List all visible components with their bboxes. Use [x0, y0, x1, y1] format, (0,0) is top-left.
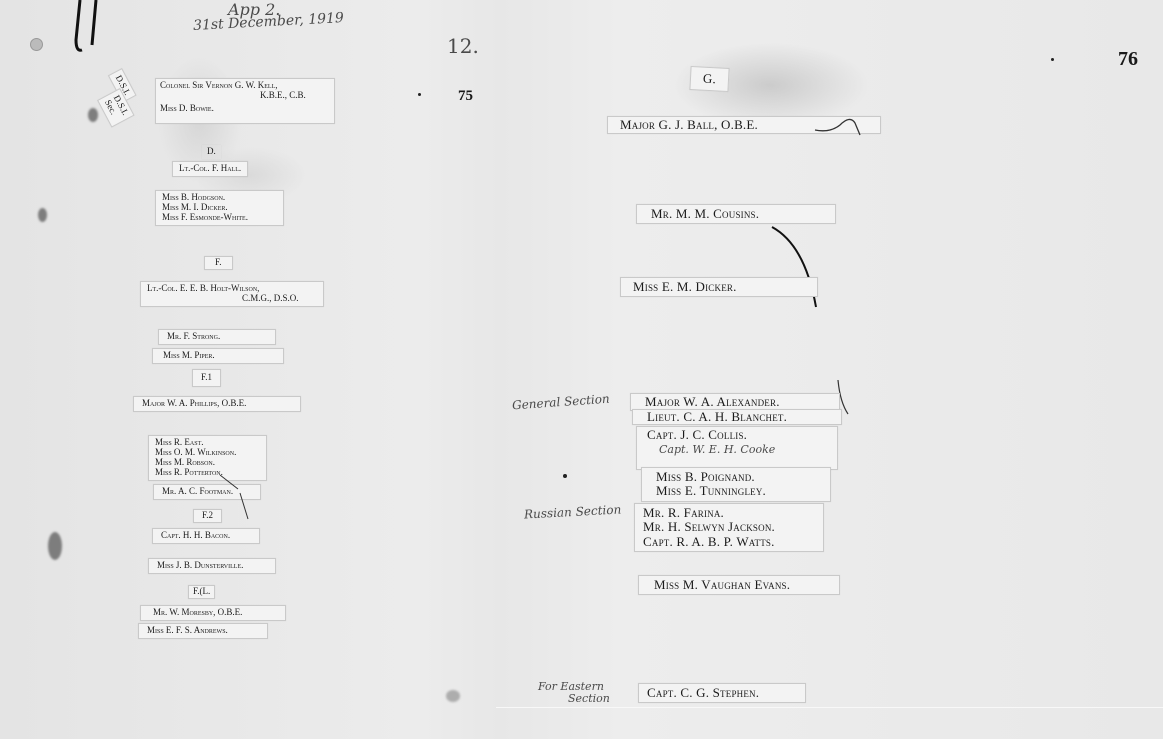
entry-dunsterville: Miss J. B. Dunsterville.	[148, 558, 276, 574]
handwritten-date: 31st December, 1919	[193, 10, 345, 34]
entry-stephen: Capt. C. G. Stephen.	[638, 683, 806, 703]
entry-poignand-group: Miss B. Poignand. Miss E. Tunningley.	[641, 467, 831, 502]
ink-blot	[38, 208, 47, 222]
dot	[563, 474, 567, 478]
paper-edge-line	[496, 707, 1163, 708]
entry-farina-group: Mr. R. Farina. Mr. H. Selwyn Jackson. Ca…	[634, 503, 824, 552]
scanned-document-page: App 2. 31st December, 1919 12. 75 D.S.I.…	[0, 0, 1163, 739]
section-label-fl: F.(L.	[188, 585, 215, 599]
ink-squiggle	[815, 115, 865, 135]
entry-e-dicker: Miss E. M. Dicker.	[620, 277, 818, 297]
folio-number: 12.	[447, 34, 479, 58]
entry-bacon: Capt. H. H. Bacon.	[152, 528, 260, 544]
entry-blanchet: Lieut. C. A. H. Blanchet.	[632, 409, 842, 425]
entry-piper: Miss M. Piper.	[152, 348, 284, 364]
margin-note-russian-section: Russian Section	[524, 502, 622, 521]
ink-blot	[446, 690, 460, 702]
ink-blot	[88, 108, 98, 122]
entry-moresby: Mr. W. Moresby, O.B.E.	[140, 605, 286, 621]
entry-east-group: Miss R. East. Miss O. M. Wilkinson. Miss…	[148, 435, 267, 481]
section-label-f: F.	[204, 256, 233, 270]
entry-phillips: Major W. A. Phillips, O.B.E.	[133, 396, 301, 412]
page-number-right: 76	[1118, 48, 1138, 71]
entry-vaughan-evans: Miss M. Vaughan Evans.	[638, 575, 840, 595]
dot	[418, 93, 421, 96]
section-label-g: G.	[689, 66, 729, 92]
entry-cousins: Mr. M. M. Cousins.	[636, 204, 836, 224]
dot	[1051, 58, 1054, 61]
page-number-left: 75	[458, 88, 473, 105]
entry-strong: Mr. F. Strong.	[158, 329, 276, 345]
punch-hole	[30, 38, 43, 51]
entry-collis-group: Capt. J. C. Collis. Capt. W. E. H. Cooke	[636, 426, 838, 470]
paper-clip-mark	[70, 0, 100, 60]
ink-arrow-line	[220, 475, 260, 525]
ink-curve-line	[770, 225, 820, 315]
ink-blot	[48, 532, 62, 560]
section-label-f2: F.2	[193, 509, 222, 523]
section-label-d: D.	[202, 145, 221, 159]
entry-hall: Lt.-Col. F. Hall.	[172, 161, 248, 177]
handwritten-addition-cooke: Capt. W. E. H. Cooke	[647, 444, 827, 456]
section-label-f1: F.1	[192, 369, 221, 387]
margin-note-far-eastern-line2: Section	[568, 692, 610, 705]
margin-note-general-section: General Section	[512, 392, 610, 413]
entry-kell: Colonel Sir Vernon G. W. Kell, K.B.E., C…	[155, 78, 335, 124]
entry-hodgson-group: Miss B. Hodgson. Miss M. I. Dicker. Miss…	[155, 190, 284, 226]
entry-holt-wilson: Lt.-Col. E. E. B. Holt-Wilson, C.M.G., D…	[140, 281, 324, 307]
entry-andrews: Miss E. F. S. Andrews.	[138, 623, 268, 639]
